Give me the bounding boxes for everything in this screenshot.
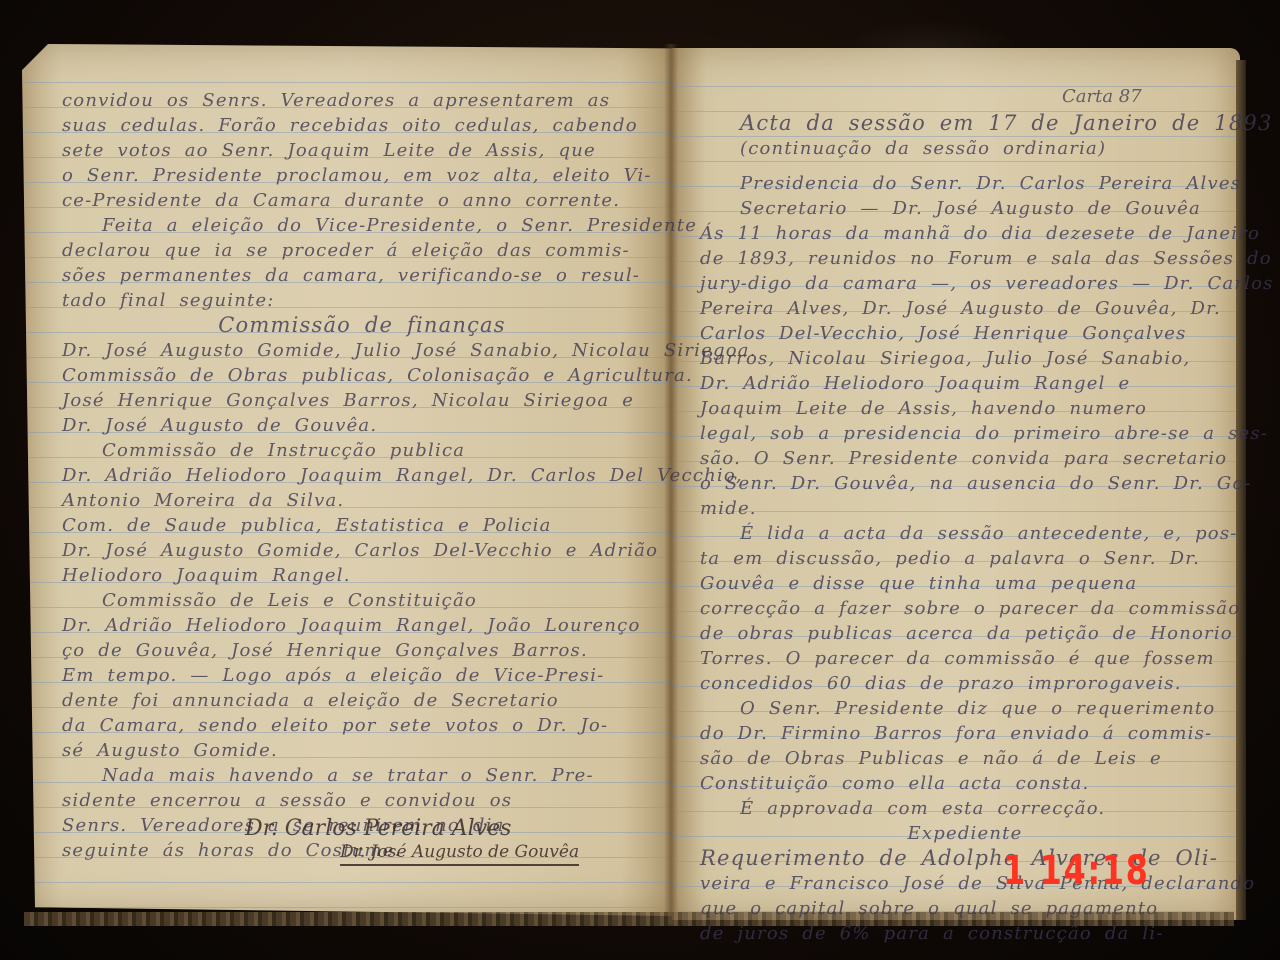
text-line: ce-Presidente da Camara durante o anno c… (62, 188, 662, 213)
text-line: do Dr. Firmino Barros fora enviado á com… (700, 721, 1230, 746)
text-line: Pereira Alves, Dr. José Augusto de Gouvê… (700, 296, 1230, 321)
text-line: José Henrique Gonçalves Barros, Nicolau … (62, 388, 662, 413)
section-heading: Commissão de Leis e Constituição (62, 588, 662, 613)
text-line: de juros de 6% para a construcção da li- (700, 921, 1230, 946)
text-line: de 1893, reunidos no Forum e sala das Se… (700, 246, 1230, 271)
text-line: jury-digo da camara —, os vereadores — D… (700, 271, 1230, 296)
text-line: Dr. Adrião Heliodoro Joaquim Rangel, Joã… (62, 613, 662, 638)
text-line: Em tempo. — Logo após a eleição de Vice-… (62, 663, 662, 688)
spacer (700, 161, 1230, 171)
text-line: sé Augusto Gomide. (62, 738, 662, 763)
text-line: veira e Francisco José de Silva Penna, d… (700, 871, 1230, 896)
section-heading-expediente: Expediente (700, 821, 1230, 846)
signature-secretary: Dr. José Augusto de Gouvêa (340, 842, 579, 866)
text-line: Torres. O parecer da commissão é que fos… (700, 646, 1230, 671)
text-line: concedidos 60 dias de prazo improrogavei… (700, 671, 1230, 696)
section-heading: Com. de Saude publica, Estatistica e Pol… (62, 513, 662, 538)
glass-glare (840, 20, 1020, 80)
text-line: suas cedulas. Forão recebidas oito cedul… (62, 113, 662, 138)
text-line: Feita a eleição do Vice-Presidente, o Se… (62, 213, 662, 238)
left-page-text: convidou os Senrs. Vereadores a apresent… (62, 88, 662, 863)
text-line: É approvada com esta correcção. (700, 796, 1230, 821)
text-line: de obras publicas acerca da petição de H… (700, 621, 1230, 646)
text-line: correcção a fazer sobre o parecer da com… (700, 596, 1230, 621)
spacer (700, 86, 1230, 111)
text-line: ço de Gouvêa, José Henrique Gonçalves Ba… (62, 638, 662, 663)
text-line: Joaquim Leite de Assis, havendo numero (700, 396, 1230, 421)
camera-timestamp-overlay: 1 14:18 (1003, 848, 1149, 894)
text-line: Carlos Del-Vecchio, José Henrique Gonçal… (700, 321, 1230, 346)
section-heading: Commissão de finanças (62, 313, 662, 338)
text-line: o Senr. Dr. Gouvêa, na ausencia do Senr.… (700, 471, 1230, 496)
minutes-title: Acta da sessão em 17 de Janeiro de 1893 (700, 111, 1230, 136)
text-line: tado final seguinte: (62, 288, 662, 313)
signature-president: Dr. Carlos Pereira Alves (245, 816, 511, 841)
text-line: Dr. Adrião Heliodoro Joaquim Rangel e (700, 371, 1230, 396)
text-line: sidente encerrou a sessão e convidou os (62, 788, 662, 813)
text-line: mide. (700, 496, 1230, 521)
text-line: Dr. José Augusto Gomide, Carlos Del-Vecc… (62, 538, 662, 563)
presidency-line: Presidencia do Senr. Dr. Carlos Pereira … (700, 171, 1230, 196)
text-line: que o capital sobre o qual se pagamento (700, 896, 1230, 921)
text-line: Ás 11 horas da manhã do dia dezesete de … (700, 221, 1230, 246)
text-line: Dr. José Augusto Gomide, Julio José Sana… (62, 338, 662, 363)
text-line: são. O Senr. Presidente convida para sec… (700, 446, 1230, 471)
secretary-line: Secretario — Dr. José Augusto de Gouvêa (700, 196, 1230, 221)
text-line: Gouvêa e disse que tinha uma pequena (700, 571, 1230, 596)
text-line: Barros, Nicolau Siriegoa, Julio José San… (700, 346, 1230, 371)
text-line: É lida a acta da sessão antecedente, e, … (700, 521, 1230, 546)
text-line: Nada mais havendo a se tratar o Senr. Pr… (62, 763, 662, 788)
section-heading: Commissão de Instrucção publica (62, 438, 662, 463)
open-ledger-book: convidou os Senrs. Vereadores a apresent… (0, 0, 1280, 960)
text-line: são de Obras Publicas e não á de Leis e (700, 746, 1230, 771)
text-line: Heliodoro Joaquim Rangel. (62, 563, 662, 588)
text-line: sete votos ao Senr. Joaquim Leite de Ass… (62, 138, 662, 163)
text-line: Constituição como ella acta consta. (700, 771, 1230, 796)
text-line: legal, sob a presidencia do primeiro abr… (700, 421, 1230, 446)
minutes-subtitle: (continuação da sessão ordinaria) (700, 136, 1230, 161)
text-line: Requerimento de Adolpho Alvares de Oli- (700, 846, 1230, 871)
text-line: ta em discussão, pedio a palavra o Senr.… (700, 546, 1230, 571)
text-line: convidou os Senrs. Vereadores a apresent… (62, 88, 662, 113)
right-page-text: Acta da sessão em 17 de Janeiro de 1893 … (700, 86, 1230, 946)
text-line: declarou que ia se proceder á eleição da… (62, 238, 662, 263)
section-heading: Commissão de Obras publicas, Colonisação… (62, 363, 662, 388)
text-line: sões permanentes da camara, verificando-… (62, 263, 662, 288)
text-line: O Senr. Presidente diz que o requeriment… (700, 696, 1230, 721)
text-line: o Senr. Presidente proclamou, em voz alt… (62, 163, 662, 188)
text-line: dente foi annunciada a eleição de Secret… (62, 688, 662, 713)
text-line: da Camara, sendo eleito por sete votos o… (62, 713, 662, 738)
text-line: Dr. Adrião Heliodoro Joaquim Rangel, Dr.… (62, 463, 662, 488)
text-line: Dr. José Augusto de Gouvêa. (62, 413, 662, 438)
text-line: Antonio Moreira da Silva. (62, 488, 662, 513)
